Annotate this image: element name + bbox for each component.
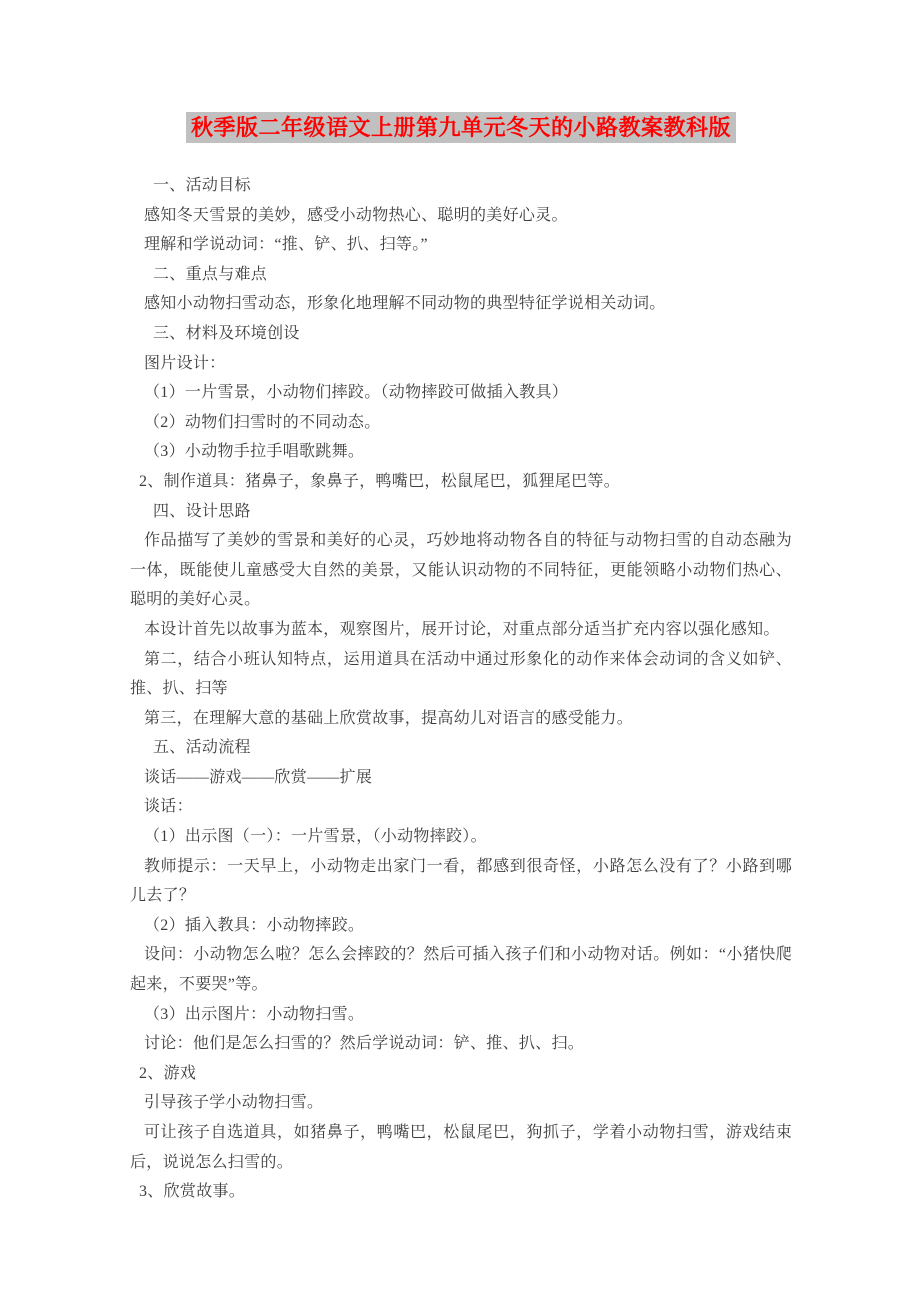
paragraph: （3）出示图片：小动物扫雪。 xyxy=(130,1000,792,1030)
document-page: 秋季版二年级语文上册第九单元冬天的小路教案教科版 一、活动目标感知冬天雪景的美妙… xyxy=(0,0,920,1302)
document-title-line: 秋季版二年级语文上册第九单元冬天的小路教案教科版 xyxy=(130,112,792,147)
paragraph: 可让孩子自选道具，如猪鼻子，鸭嘴巴，松鼠尾巴，狗抓子，学着小动物扫雪，游戏结束后… xyxy=(130,1118,792,1177)
paragraph: 二、重点与难点 xyxy=(130,260,792,290)
paragraph: 谈话——游戏——欣赏——扩展 xyxy=(130,763,792,793)
paragraph: 教师提示：一天早上，小动物走出家门一看，都感到很奇怪，小路怎么没有了？小路到哪儿… xyxy=(130,852,792,911)
paragraph: 第二，结合小班认知特点，运用道具在活动中通过形象化的动作来体会动词的含义如铲、推… xyxy=(130,645,792,704)
document-title: 秋季版二年级语文上册第九单元冬天的小路教案教科版 xyxy=(186,112,736,143)
paragraph: 三、材料及环境创设 xyxy=(130,319,792,349)
paragraph: 图片设计： xyxy=(130,349,792,379)
paragraph: （1）出示图（一）：一片雪景，（小动物摔跤）。 xyxy=(130,822,792,852)
paragraph: （3）小动物手拉手唱歌跳舞。 xyxy=(130,437,792,467)
paragraph: 设问：小动物怎么啦？怎么会摔跤的？然后可插入孩子们和小动物对话。例如：“小猪快爬… xyxy=(130,940,792,999)
paragraph: 谈话： xyxy=(130,792,792,822)
paragraph: （1）一片雪景，小动物们摔跤。（动物摔跤可做插入教具） xyxy=(130,378,792,408)
paragraph: 3、欣赏故事。 xyxy=(130,1177,792,1207)
paragraph: 引导孩子学小动物扫雪。 xyxy=(130,1088,792,1118)
paragraph: 第三，在理解大意的基础上欣赏故事，提高幼儿对语言的感受能力。 xyxy=(130,704,792,734)
paragraph: （2）插入教具：小动物摔跤。 xyxy=(130,911,792,941)
paragraph: （2）动物们扫雪时的不同动态。 xyxy=(130,408,792,438)
paragraph: 感知冬天雪景的美妙，感受小动物热心、聪明的美好心灵。 xyxy=(130,201,792,231)
paragraph: 五、活动流程 xyxy=(130,733,792,763)
paragraph: 2、游戏 xyxy=(130,1059,792,1089)
document-body: 一、活动目标感知冬天雪景的美妙，感受小动物热心、聪明的美好心灵。理解和学说动词：… xyxy=(130,171,792,1207)
paragraph: 讨论：他们是怎么扫雪的？然后学说动词：铲、推、扒、扫。 xyxy=(130,1029,792,1059)
paragraph: 感知小动物扫雪动态，形象化地理解不同动物的典型特征学说相关动词。 xyxy=(130,289,792,319)
paragraph: 一、活动目标 xyxy=(130,171,792,201)
paragraph: 理解和学说动词：“推、铲、扒、扫等。” xyxy=(130,230,792,260)
paragraph: 2、制作道具：猪鼻子，象鼻子，鸭嘴巴，松鼠尾巴，狐狸尾巴等。 xyxy=(130,467,792,497)
paragraph: 四、设计思路 xyxy=(130,497,792,527)
paragraph: 本设计首先以故事为蓝本，观察图片，展开讨论，对重点部分适当扩充内容以强化感知。 xyxy=(130,615,792,645)
paragraph: 作品描写了美妙的雪景和美好的心灵，巧妙地将动物各自的特征与动物扫雪的自动态融为一… xyxy=(130,526,792,615)
document-content: 秋季版二年级语文上册第九单元冬天的小路教案教科版 一、活动目标感知冬天雪景的美妙… xyxy=(0,0,920,1207)
